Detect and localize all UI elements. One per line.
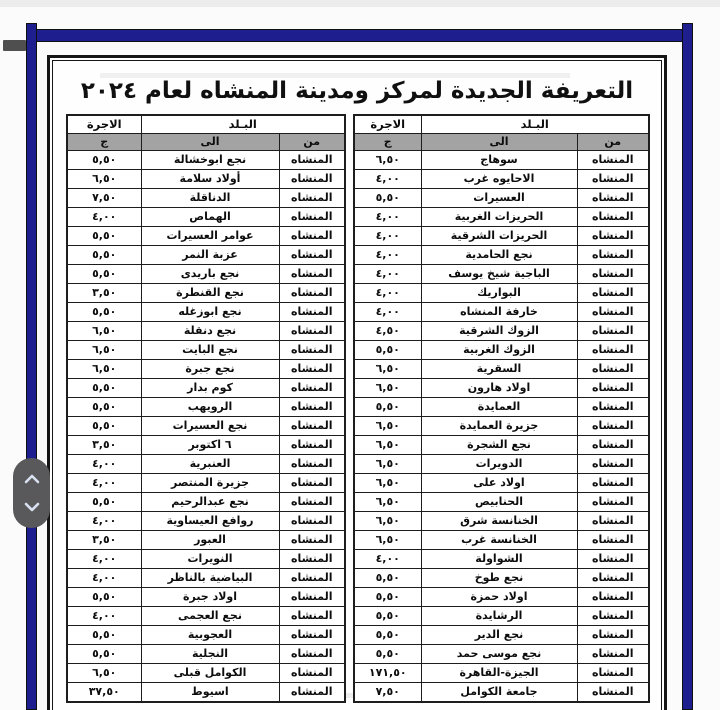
fare-cell: ٤,٠٠ <box>67 550 141 569</box>
table-row: المنشاهالكوامل قبلى٦,٥٠ <box>67 664 345 683</box>
to-cell: روافع العيساوية <box>141 512 279 531</box>
from-header-cell: من <box>577 134 649 151</box>
table-row: المنشاهنجع دنقلة٦,٥٠ <box>67 322 345 341</box>
table-row: المنشاهنجع القنطرة٣,٥٠ <box>67 284 345 303</box>
to-cell: البواريك <box>421 284 577 303</box>
chevron-down-icon <box>24 502 40 512</box>
from-cell: المنشاه <box>279 531 345 550</box>
from-cell: المنشاه <box>577 360 649 379</box>
fare-cell: ٤,٠٠ <box>67 208 141 227</box>
to-cell: نجع عبدالرحيم <box>141 493 279 512</box>
to-cell: البياضية بالناظر <box>141 569 279 588</box>
scroll-down-button[interactable] <box>21 499 43 515</box>
from-cell: المنشاه <box>577 246 649 265</box>
to-cell: الحريزات الشرقية <box>421 227 577 246</box>
to-cell: الكوامل قبلى <box>141 664 279 683</box>
fare-cell: ٥,٥٠ <box>67 151 141 170</box>
decorative-frame-right <box>682 23 693 710</box>
to-cell: نجع البايت <box>141 341 279 360</box>
table-row: المنشاهالهماص٤,٠٠ <box>67 208 345 227</box>
fare-cell: ٥,٥٠ <box>67 493 141 512</box>
to-cell: النويرات <box>141 550 279 569</box>
from-cell: المنشاه <box>279 265 345 284</box>
fare-cell: ٥,٥٠ <box>354 398 421 417</box>
table-subheader-row: من الى ج <box>354 134 649 151</box>
from-cell: المنشاه <box>577 170 649 189</box>
fare-cell: ٧,٥٠ <box>354 683 421 703</box>
from-cell: المنشاه <box>577 379 649 398</box>
from-cell: المنشاه <box>279 626 345 645</box>
table-row: المنشاهالحريزات الغربية٤,٠٠ <box>354 208 649 227</box>
table-row: المنشاهالعجوبية٥,٥٠ <box>67 626 345 645</box>
fare-cell: ٥,٥٠ <box>354 341 421 360</box>
fare-cell: ٦,٥٠ <box>354 151 421 170</box>
table-row: المنشاهالدويرات٦,٥٠ <box>354 455 649 474</box>
to-cell: الخنانسة غرب <box>421 531 577 550</box>
fare-cell: ٦,٥٠ <box>354 360 421 379</box>
fare-cell: ٤,٠٠ <box>354 246 421 265</box>
table-row: المنشاهالبواريك٤,٠٠ <box>354 284 649 303</box>
fare-cell: ٥,٥٠ <box>67 246 141 265</box>
to-cell: العمايدة <box>421 398 577 417</box>
to-cell: الدناقلة <box>141 189 279 208</box>
fare-cell: ٦,٥٠ <box>67 341 141 360</box>
to-cell: نجع جبرة <box>141 360 279 379</box>
fare-cell: ٥,٥٠ <box>354 569 421 588</box>
to-cell: الشواولة <box>421 550 577 569</box>
table-row: المنشاهالخنانسة شرق٦,٥٠ <box>354 512 649 531</box>
from-cell: المنشاه <box>577 588 649 607</box>
table-row: المنشاهنجع العجمى٤,٠٠ <box>67 607 345 626</box>
table-row: المنشاهجزيرة المنتصر٤,٠٠ <box>67 474 345 493</box>
to-cell: نجع ابوخشالة <box>141 151 279 170</box>
table-header-row: البـلد الاجرة <box>354 115 649 134</box>
from-cell: المنشاه <box>577 208 649 227</box>
decorative-frame-left <box>26 23 37 710</box>
to-cell: نجع القنطرة <box>141 284 279 303</box>
to-cell: اولاد هارون <box>421 379 577 398</box>
to-cell: عزبة النمر <box>141 246 279 265</box>
country-header-cell: البـلد <box>141 115 345 134</box>
from-cell: المنشاه <box>577 151 649 170</box>
to-cell: نجع العجمى <box>141 607 279 626</box>
table-row: المنشاهاسيوط٣٧,٥٠ <box>67 683 345 703</box>
from-cell: المنشاه <box>279 645 345 664</box>
to-cell: اولاد جبرة <box>141 588 279 607</box>
from-cell: المنشاه <box>577 512 649 531</box>
page-title: التعريفة الجديدة لمركز ومدينة المنشاه لع… <box>47 78 667 104</box>
fare-cell: ٤,٠٠ <box>354 550 421 569</box>
to-cell: نجع الشجرة <box>421 436 577 455</box>
to-cell: السقرية <box>421 360 577 379</box>
fare-cell: ٥,٥٠ <box>67 645 141 664</box>
to-cell: العسيرات <box>421 189 577 208</box>
table-row: المنشاهالرشايدة٥,٥٠ <box>354 607 649 626</box>
fare-cell: ٦,٥٠ <box>354 512 421 531</box>
to-cell: ٦ اكتوبر <box>141 436 279 455</box>
table-row: المنشاهالجيزة-القاهرة١٧١,٥٠ <box>354 664 649 683</box>
from-cell: المنشاه <box>279 227 345 246</box>
fare-cell: ٥,٥٠ <box>67 417 141 436</box>
to-cell: اولاد حمزة <box>421 588 577 607</box>
fare-cell: ٦,٥٠ <box>67 170 141 189</box>
fare-cell: ٦,٥٠ <box>67 322 141 341</box>
from-cell: المنشاه <box>577 664 649 683</box>
fare-cell: ٥,٥٠ <box>67 379 141 398</box>
fare-cell: ٤,٠٠ <box>67 607 141 626</box>
fare-cell: ٤,٠٠ <box>354 170 421 189</box>
fare-cell: ٦,٥٠ <box>354 436 421 455</box>
table-row: المنشاهجزيرة العمايدة٦,٥٠ <box>354 417 649 436</box>
table-row: المنشاهنجع طوخ٥,٥٠ <box>354 569 649 588</box>
from-cell: المنشاه <box>577 531 649 550</box>
from-cell: المنشاه <box>279 170 345 189</box>
to-cell: الزوك الغربية <box>421 341 577 360</box>
fare-cell: ٥,٥٠ <box>354 626 421 645</box>
to-cell: الرويهب <box>141 398 279 417</box>
fare-cell: ٤,٠٠ <box>354 303 421 322</box>
fare-cell: ٥,٥٠ <box>67 588 141 607</box>
table-row: المنشاهكوم بدار٥,٥٠ <box>67 379 345 398</box>
table-row: المنشاهالنويرات٤,٠٠ <box>67 550 345 569</box>
table-row: المنشاهالبياضية بالناظر٤,٠٠ <box>67 569 345 588</box>
scroll-up-button[interactable] <box>21 471 43 487</box>
from-cell: المنشاه <box>279 607 345 626</box>
from-cell: المنشاه <box>279 341 345 360</box>
table-row: المنشاهعزبة النمر٥,٥٠ <box>67 246 345 265</box>
to-cell: سوهاج <box>421 151 577 170</box>
to-cell: نجع موسى حمد <box>421 645 577 664</box>
table-row: المنشاهالحريزات الشرقية٤,٠٠ <box>354 227 649 246</box>
from-cell: المنشاه <box>279 664 345 683</box>
fare-cell: ٤,٥٠ <box>354 322 421 341</box>
from-cell: المنشاه <box>279 360 345 379</box>
fare-cell: ٥,٥٠ <box>354 607 421 626</box>
from-cell: المنشاه <box>279 303 345 322</box>
table-row: المنشاهالعنبرية٤,٠٠ <box>67 455 345 474</box>
from-cell: المنشاه <box>279 322 345 341</box>
currency-header-cell: ج <box>67 134 141 151</box>
from-cell: المنشاه <box>279 455 345 474</box>
table-row: المنشاهنجع باريدى٥,٥٠ <box>67 265 345 284</box>
from-cell: المنشاه <box>279 398 345 417</box>
table-row: المنشاه٦ اكتوبر٣,٥٠ <box>67 436 345 455</box>
to-cell: الباجية شيخ يوسف <box>421 265 577 284</box>
scan-edge-strip <box>0 0 720 7</box>
from-cell: المنشاه <box>279 208 345 227</box>
table-row: المنشاهالعسيرات٥,٥٠ <box>354 189 649 208</box>
to-cell: اولاد على <box>421 474 577 493</box>
to-header-cell: الى <box>141 134 279 151</box>
from-cell: المنشاه <box>279 417 345 436</box>
table-row: المنشاهعوامر العسيرات٥,٥٠ <box>67 227 345 246</box>
fare-cell: ٥,٥٠ <box>354 645 421 664</box>
from-cell: المنشاه <box>577 607 649 626</box>
table-row: المنشاهاولاد حمزة٥,٥٠ <box>354 588 649 607</box>
to-cell: نجع الحامدية <box>421 246 577 265</box>
to-cell: خارفة المنشاه <box>421 303 577 322</box>
to-cell: الجيزة-القاهرة <box>421 664 577 683</box>
fare-table-left: البـلد الاجرة من الى ج المنشاهنجع ابوخشا… <box>66 114 346 703</box>
to-cell: الخنانسة شرق <box>421 512 577 531</box>
fare-cell: ٦,٥٠ <box>354 493 421 512</box>
decorative-frame-top <box>28 29 692 42</box>
fare-cell: ٦,٥٠ <box>67 360 141 379</box>
from-cell: المنشاه <box>577 322 649 341</box>
currency-header-cell: ج <box>354 134 421 151</box>
from-cell: المنشاه <box>577 303 649 322</box>
to-cell: نجع العسيرات <box>141 417 279 436</box>
country-header-cell: البـلد <box>421 115 649 134</box>
from-cell: المنشاه <box>279 474 345 493</box>
table-row: المنشاهالسقرية٦,٥٠ <box>354 360 649 379</box>
to-cell: اسيوط <box>141 683 279 703</box>
table-row: المنشاهالشواولة٤,٠٠ <box>354 550 649 569</box>
table-row: المنشاهاولاد جبرة٥,٥٠ <box>67 588 345 607</box>
table-row: المنشاهالباجية شيخ يوسف٤,٠٠ <box>354 265 649 284</box>
from-cell: المنشاه <box>577 474 649 493</box>
to-cell: جزيرة المنتصر <box>141 474 279 493</box>
from-cell: المنشاه <box>577 284 649 303</box>
to-cell: الاحايوه غرب <box>421 170 577 189</box>
chevron-up-icon <box>24 474 40 484</box>
from-cell: المنشاه <box>279 284 345 303</box>
from-cell: المنشاه <box>279 436 345 455</box>
table-row: المنشاهأولاد سلامة٦,٥٠ <box>67 170 345 189</box>
fare-cell: ٣,٥٠ <box>67 436 141 455</box>
from-cell: المنشاه <box>279 189 345 208</box>
table-row: المنشاهنجع الشجرة٦,٥٠ <box>354 436 649 455</box>
from-cell: المنشاه <box>279 569 345 588</box>
table-row: المنشاهالنجلية٥,٥٠ <box>67 645 345 664</box>
to-cell: جزيرة العمايدة <box>421 417 577 436</box>
table-row: المنشاهخارفة المنشاه٤,٠٠ <box>354 303 649 322</box>
table-row: المنشاهالزوك الشرقية٤,٥٠ <box>354 322 649 341</box>
fare-header-cell: الاجرة <box>354 115 421 134</box>
fare-cell: ٦,٥٠ <box>354 379 421 398</box>
to-cell: كوم بدار <box>141 379 279 398</box>
fare-cell: ٥,٥٠ <box>67 265 141 284</box>
from-cell: المنشاه <box>279 588 345 607</box>
table-row: المنشاهنجع ابوزغله٥,٥٠ <box>67 303 345 322</box>
from-cell: المنشاه <box>279 246 345 265</box>
to-cell: نجع دنقلة <box>141 322 279 341</box>
from-cell: المنشاه <box>577 341 649 360</box>
from-cell: المنشاه <box>577 436 649 455</box>
table-row: المنشاهالحنابيص٦,٥٠ <box>354 493 649 512</box>
from-cell: المنشاه <box>279 683 345 703</box>
table-subheader-row: من الى ج <box>67 134 345 151</box>
table-row: المنشاهنجع موسى حمد٥,٥٠ <box>354 645 649 664</box>
to-cell: عوامر العسيرات <box>141 227 279 246</box>
from-cell: المنشاه <box>279 379 345 398</box>
from-cell: المنشاه <box>577 493 649 512</box>
to-cell: العبور <box>141 531 279 550</box>
table-row: المنشاهنجع الدير٥,٥٠ <box>354 626 649 645</box>
fare-table-right: البـلد الاجرة من الى ج المنشاهسوهاج٦,٥٠ا… <box>353 114 650 703</box>
to-cell: أولاد سلامة <box>141 170 279 189</box>
fare-cell: ٦,٥٠ <box>67 664 141 683</box>
fare-cell: ٣٧,٥٠ <box>67 683 141 703</box>
scanned-document-page: التعريفة الجديدة لمركز ومدينة المنشاه لع… <box>0 0 720 710</box>
fare-cell: ٦,٥٠ <box>354 474 421 493</box>
fare-cell: ٤,٠٠ <box>354 227 421 246</box>
fare-cell: ٤,٠٠ <box>67 455 141 474</box>
table-row: المنشاهنجع جبرة٦,٥٠ <box>67 360 345 379</box>
from-header-cell: من <box>279 134 345 151</box>
table-row: المنشاهسوهاج٦,٥٠ <box>354 151 649 170</box>
from-cell: المنشاه <box>577 683 649 703</box>
table-row: المنشاهنجع ابوخشالة٥,٥٠ <box>67 151 345 170</box>
to-cell: نجع ابوزغله <box>141 303 279 322</box>
from-cell: المنشاه <box>279 493 345 512</box>
from-cell: المنشاه <box>279 550 345 569</box>
table-row: المنشاهنجع عبدالرحيم٥,٥٠ <box>67 493 345 512</box>
to-cell: نجع طوخ <box>421 569 577 588</box>
to-cell: نجع باريدى <box>141 265 279 284</box>
to-cell: الزوك الشرقية <box>421 322 577 341</box>
fare-cell: ٤,٠٠ <box>67 569 141 588</box>
to-cell: العنبرية <box>141 455 279 474</box>
fare-cell: ٥,٥٠ <box>67 303 141 322</box>
to-cell: العجوبية <box>141 626 279 645</box>
fare-cell: ٣,٥٠ <box>67 284 141 303</box>
table-row: المنشاهنجع الحامدية٤,٠٠ <box>354 246 649 265</box>
fare-cell: ٥,٥٠ <box>67 626 141 645</box>
from-cell: المنشاه <box>577 189 649 208</box>
fare-cell: ٥,٥٠ <box>67 227 141 246</box>
from-cell: المنشاه <box>577 550 649 569</box>
fare-cell: ٥,٥٠ <box>354 189 421 208</box>
to-cell: الرشايدة <box>421 607 577 626</box>
to-cell: الدويرات <box>421 455 577 474</box>
fare-cell: ٦,٥٠ <box>354 455 421 474</box>
table-row: المنشاهالاحايوه غرب٤,٠٠ <box>354 170 649 189</box>
fare-cell: ٤,٠٠ <box>354 284 421 303</box>
table-row: المنشاهالعبور٣,٥٠ <box>67 531 345 550</box>
fare-cell: ٤,٠٠ <box>67 474 141 493</box>
fare-cell: ٥,٥٠ <box>67 398 141 417</box>
table-row: المنشاهروافع العيساوية٤,٠٠ <box>67 512 345 531</box>
fare-header-cell: الاجرة <box>67 115 141 134</box>
to-header-cell: الى <box>421 134 577 151</box>
from-cell: المنشاه <box>577 417 649 436</box>
fare-cell: ٤,٠٠ <box>354 265 421 284</box>
fare-cell: ٤,٠٠ <box>67 512 141 531</box>
fare-cell: ٧,٥٠ <box>67 189 141 208</box>
table-row: المنشاهاولاد على٦,٥٠ <box>354 474 649 493</box>
from-cell: المنشاه <box>279 151 345 170</box>
from-cell: المنشاه <box>577 569 649 588</box>
fare-cell: ٣,٥٠ <box>67 531 141 550</box>
from-cell: المنشاه <box>577 265 649 284</box>
scan-artifact <box>3 40 26 51</box>
table-header-row: البـلد الاجرة <box>67 115 345 134</box>
fare-cell: ٦,٥٠ <box>354 417 421 436</box>
scroll-widget <box>13 458 50 528</box>
fare-cell: ٤,٠٠ <box>354 208 421 227</box>
table-row: المنشاهالرويهب٥,٥٠ <box>67 398 345 417</box>
from-cell: المنشاه <box>279 512 345 531</box>
to-cell: جامعة الكوامل <box>421 683 577 703</box>
table-row: المنشاهالعمايدة٥,٥٠ <box>354 398 649 417</box>
fare-cell: ١٧١,٥٠ <box>354 664 421 683</box>
table-row: المنشاهالخنانسة غرب٦,٥٠ <box>354 531 649 550</box>
table-row: المنشاهالزوك الغربية٥,٥٠ <box>354 341 649 360</box>
from-cell: المنشاه <box>577 645 649 664</box>
fare-cell: ٦,٥٠ <box>354 531 421 550</box>
to-cell: النجلية <box>141 645 279 664</box>
table-row: المنشاهنجع البايت٦,٥٠ <box>67 341 345 360</box>
from-cell: المنشاه <box>577 455 649 474</box>
table-row: المنشاهجامعة الكوامل٧,٥٠ <box>354 683 649 703</box>
to-cell: الحريزات الغربية <box>421 208 577 227</box>
table-row: المنشاهاولاد هارون٦,٥٠ <box>354 379 649 398</box>
from-cell: المنشاه <box>577 398 649 417</box>
to-cell: الحنابيص <box>421 493 577 512</box>
from-cell: المنشاه <box>577 626 649 645</box>
to-cell: نجع الدير <box>421 626 577 645</box>
from-cell: المنشاه <box>577 227 649 246</box>
table-row: المنشاهالدناقلة٧,٥٠ <box>67 189 345 208</box>
to-cell: الهماص <box>141 208 279 227</box>
table-row: المنشاهنجع العسيرات٥,٥٠ <box>67 417 345 436</box>
fare-cell: ٥,٥٠ <box>354 588 421 607</box>
